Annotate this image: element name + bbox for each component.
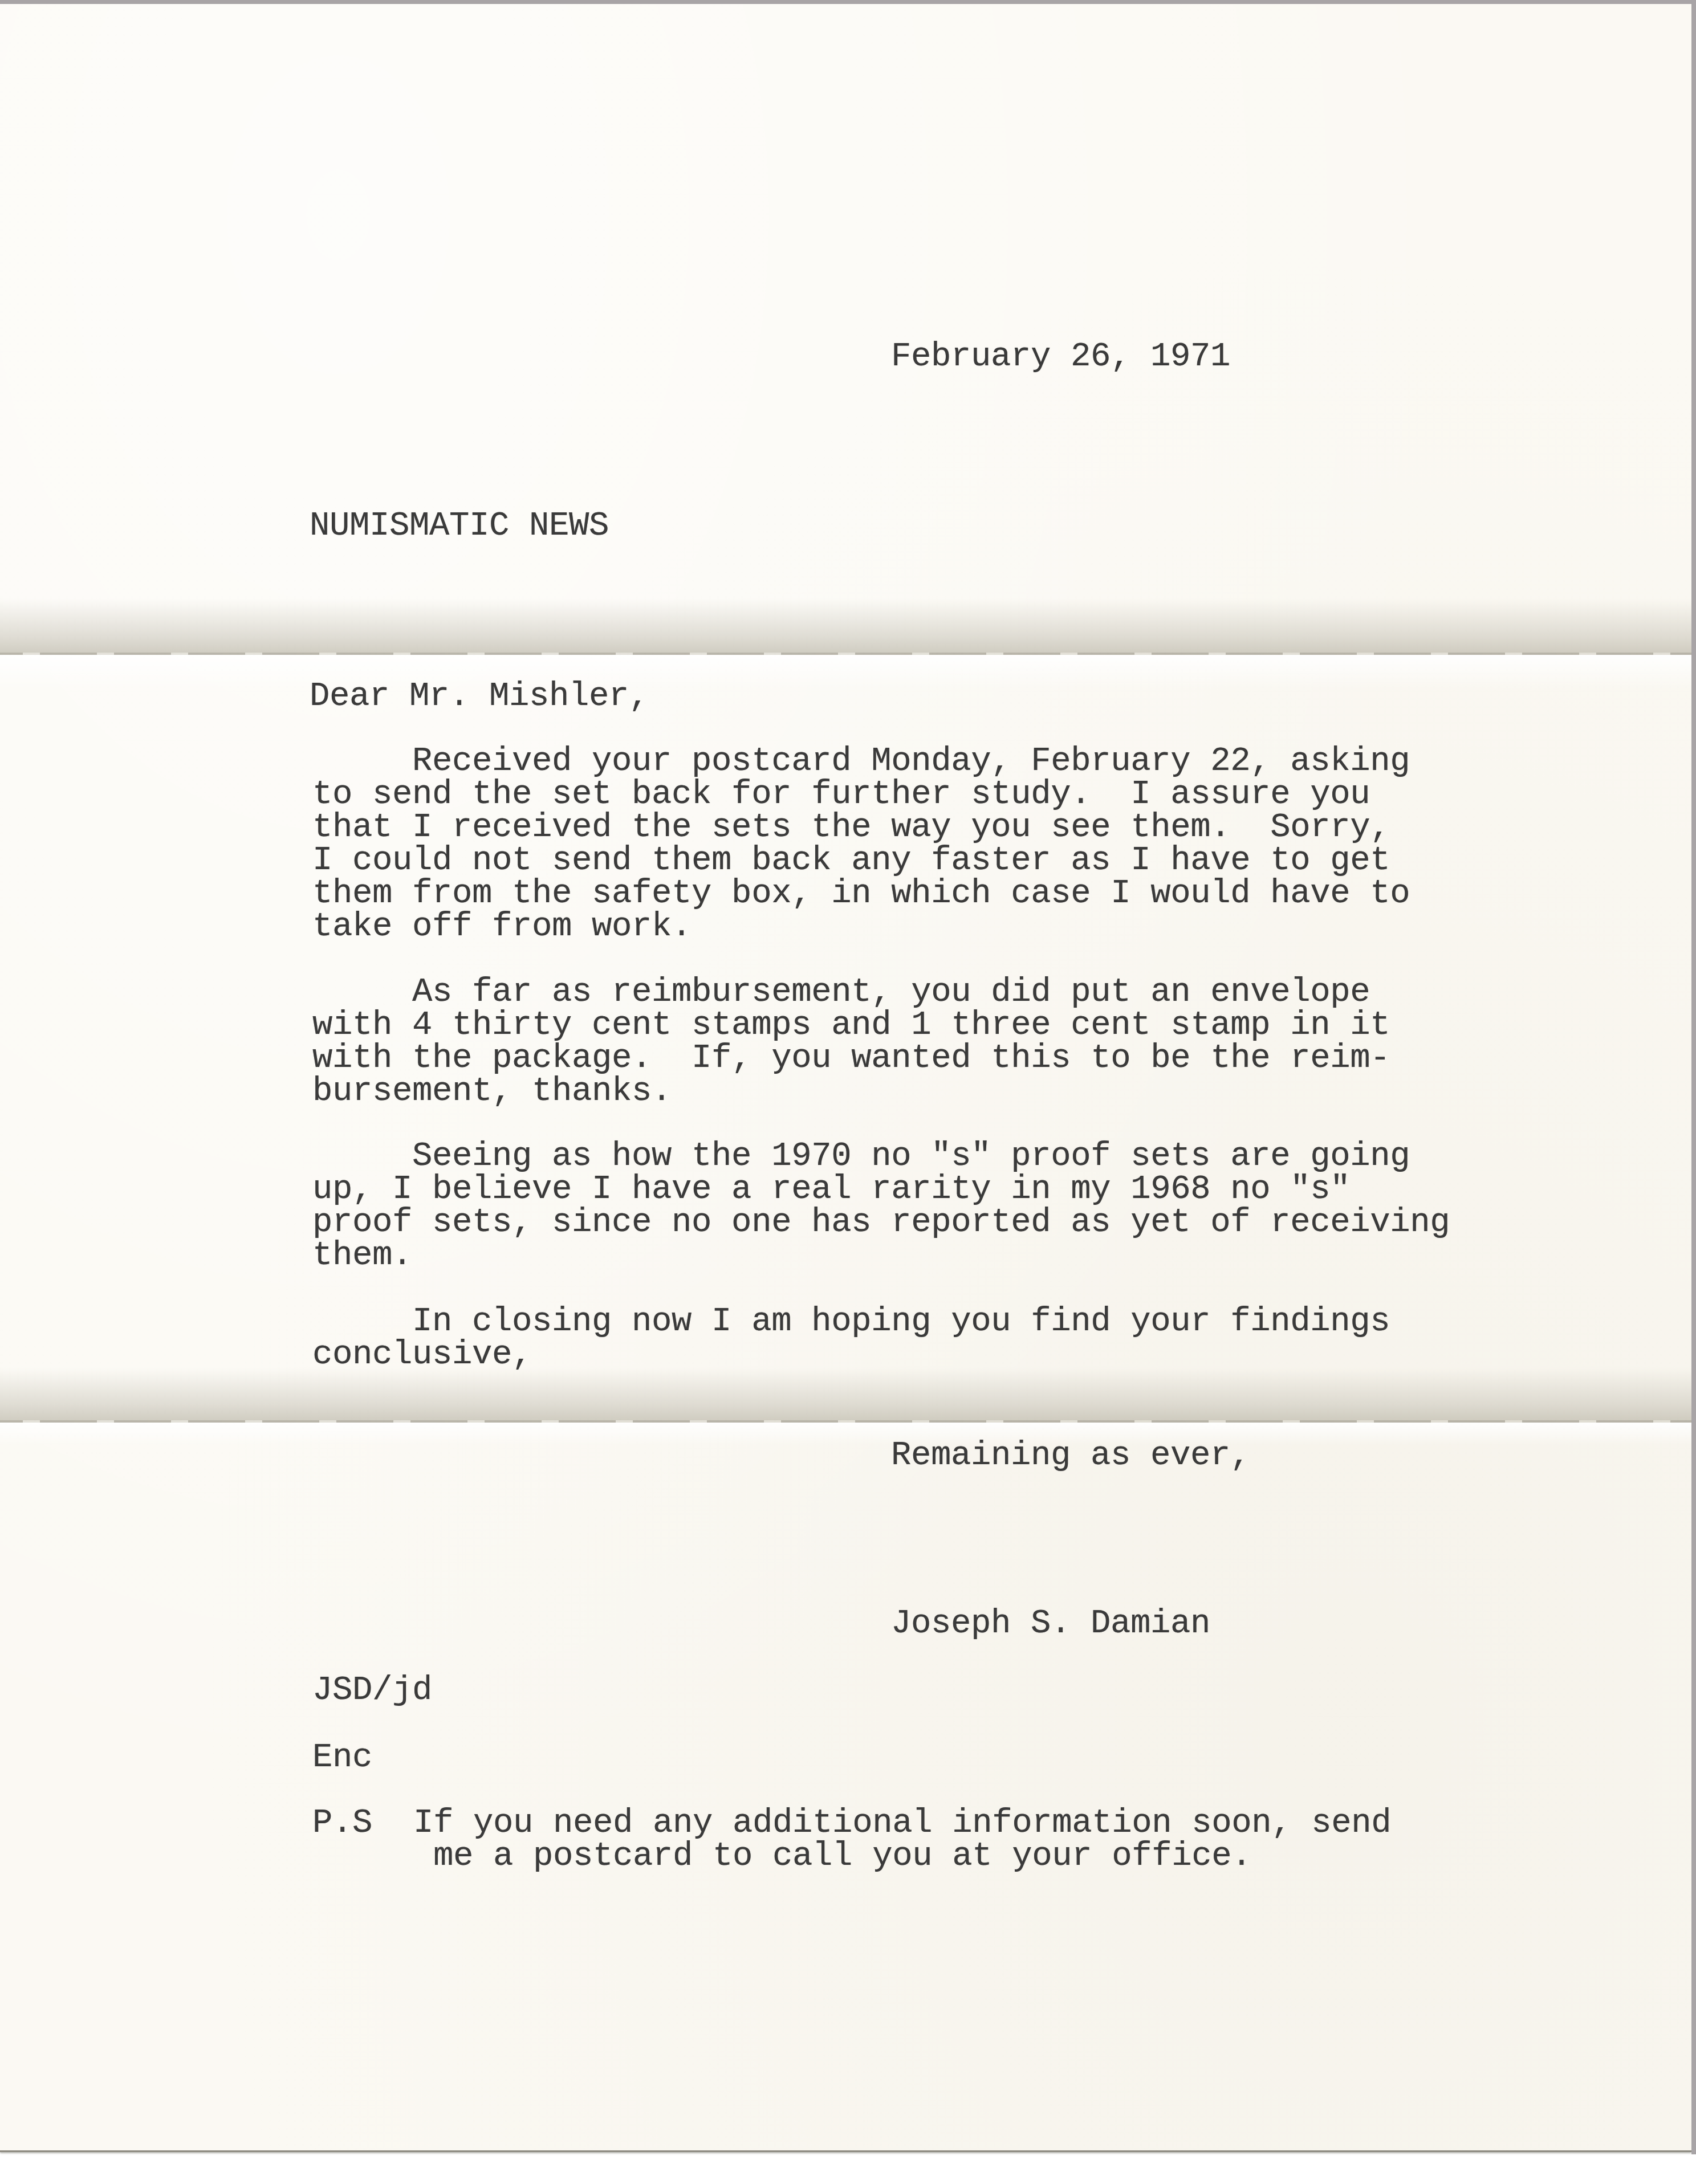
fold-crease-lower: [0, 1368, 1691, 1459]
body-paragraph-4: In closing now I am hoping you find your…: [312, 1305, 1567, 1371]
reference-initials: JSD/jd: [312, 1674, 432, 1707]
body-line: I could not send them back any faster as…: [312, 844, 1567, 877]
body-line: As far as reimbursement, you did put an …: [312, 976, 1567, 1009]
body-line: to send the set back for further study. …: [312, 778, 1567, 811]
body-line: that I received the sets the way you see…: [312, 811, 1567, 844]
body-line: bursement, thanks.: [312, 1075, 1567, 1108]
signature-name: Joseph S. Damian: [891, 1607, 1210, 1640]
salutation: Dear Mr. Mishler,: [310, 680, 649, 713]
body-line: take off from work.: [312, 910, 1567, 943]
body-line: In closing now I am hoping you find your…: [312, 1305, 1567, 1338]
body-line: Seeing as how the 1970 no "s" proof sets…: [312, 1140, 1567, 1173]
complimentary-close: Remaining as ever,: [891, 1439, 1250, 1472]
body-paragraph-3: Seeing as how the 1970 no "s" proof sets…: [312, 1140, 1567, 1272]
postscript-line: me a postcard to call you at your office…: [413, 1840, 1251, 1873]
fold-crease-upper: [0, 598, 1691, 712]
body-line: them from the safety box, in which case …: [312, 877, 1567, 910]
body-line: with the package. If, you wanted this to…: [312, 1042, 1567, 1075]
body-line: with 4 thirty cent stamps and 1 three ce…: [312, 1009, 1567, 1042]
body-line: Received your postcard Monday, February …: [312, 745, 1567, 778]
body-paragraph-1: Received your postcard Monday, February …: [312, 745, 1567, 943]
body-line: up, I believe I have a real rarity in my…: [312, 1173, 1567, 1206]
postscript-line: If you need any additional information s…: [413, 1807, 1391, 1840]
recipient-name: NUMISMATIC NEWS: [310, 510, 609, 543]
postscript-label: P.S: [312, 1807, 372, 1840]
body-line: them.: [312, 1239, 1567, 1272]
scanner-edge-top: [0, 0, 1696, 4]
body-line: proof sets, since no one has reported as…: [312, 1206, 1567, 1239]
body-line: conclusive,: [312, 1338, 1567, 1371]
letter-date: February 26, 1971: [891, 340, 1230, 373]
scanner-edge-right: [1691, 0, 1696, 2154]
body-paragraph-2: As far as reimbursement, you did put an …: [312, 976, 1567, 1108]
enclosure-notation: Enc: [312, 1741, 372, 1774]
